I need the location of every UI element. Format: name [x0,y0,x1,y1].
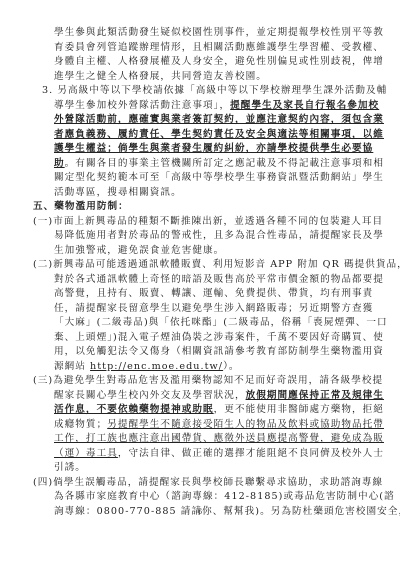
text-line: (三)為避免學生對毒品危害及濫用藥物認知不足而好奇誤用，請各級學校提 [33,375,372,387]
text-line: 「大麻」(二級毒品)與「依托咪酯」(二級毒品，俗稱「喪屍煙彈、一口 [54,317,372,329]
text-line: 為各縣市家庭教育中心（諮詢專線：412-8185)或毒品危害防制中心(諮 [54,491,372,503]
text-line: 身體自主權、人格發展權及人身安全，避免性別偏見或性別歧視，俾增 [54,56,372,68]
text-segment: 棄、上頭煙」)混入電子煙油偽裝之涉毒案件，千萬不要因好奇購買、使 [54,332,384,343]
text-segment: 工作，打工族也應注意出國帶貨、應徵外送員應提高警覺，避免成為販 [54,433,384,444]
resource-link[interactable]: http://enc.moe.edu.tw/ [90,361,223,372]
document-page: 學生參與此類活動發生疑似校園性別事件，並定期提報學校性別平等教育委員會列管追蹤辦… [0,0,400,566]
text-line: 外營隊活動前，應確實與業者簽訂契約，並應注意契約內容，須包含業 [54,114,372,126]
text-segment: 助 [54,158,65,169]
text-segment: 易降低施用者對於毒品的警戒性，且多為混合性毒品，請提醒家長及學 [54,230,384,241]
text-line: (四)倘學生誤觸毒品，請提醒家長與學校師長聯繫尋求協助，求助諮詢專線 [33,477,372,489]
text-segment: (三)為避免學生對毒品危害及濫用藥物認知不足而好奇誤用，請各級學校提 [33,375,383,386]
text-line: 育委員會列管追蹤辦理情形，且相關活動應維護學生學習權、受教權、 [54,42,372,54]
text-line: (二)新興毒品可能透過通訊軟體販賣、利用短影音 APP 附加 QR 碼提供貨品， [33,259,372,271]
text-segment: 「大麻」(二級毒品)與「依托咪酯」(二級毒品，俗稱「喪屍煙彈、一口 [54,317,388,328]
text-segment: ，守法自律、做正確的選擇才能阻絕不良同儕及校外人士 [118,448,384,459]
text-segment: 學生參與此類活動發生疑似校園性別事件，並定期提報學校性別平等教 [54,27,384,38]
text-segment: 為各縣市家庭教育中心（諮詢專線：412-8185)或毒品危害防制中心(諮 [54,491,395,502]
text-line: 者應負義務、履約責任、學生契約責任及安全與適法等相關事項，以維 [54,129,372,141]
text-line: 五、藥物濫用防制： [33,201,372,213]
text-segment: 任，請提醒家長留意學生以避免學生涉入網路販毒；另近期警方查獲 [54,303,373,314]
text-line: 導學生參加校外營隊活動注意事項」，提醒學生及家長自行報名參加校 [54,100,372,112]
text-segment: (四)倘學生誤觸毒品，請提醒家長與學校師長聯繫尋求協助，求助諮詢專線 [33,477,383,488]
text-segment: 高警覺，且持有、販賣、轉讓、運輸、免費提供、帶貨，均有刑事責 [54,288,373,299]
text-segment: 引誘。 [54,462,86,473]
text-line: 關定型化契約範本可至「高級中等學校學生事務資訊暨活動網站」學生 [54,172,372,184]
text-line: 高警覺，且持有、販賣、轉讓、運輸、免費提供、帶貨，均有刑事責 [54,288,372,300]
text-segment: 關定型化契約範本可至「高級中等學校學生事務資訊暨活動網站」學生 [54,172,384,183]
text-line: 活作息，不要依賴藥物提神或助眠，更不能使用非醫師處方藥物，拒絕 [54,404,372,416]
text-segment: (二)新興毒品可能透過通訊軟體販賣、利用短影音 APP 附加 QR 碼提供貨品， [33,259,400,270]
text-segment: 成癮物質； [54,419,107,430]
text-line: 成癮物質；另提醒學生不隨意接受陌生人的物品及飲料或協助物品托帶 [54,419,372,431]
text-segment: 身體自主權、人格發展權及人身安全，避免性別偏見或性別歧視，俾增 [54,56,384,67]
text-segment: 源網站 [54,361,90,372]
text-line: 任，請提醒家長留意學生以避免學生涉入網路販毒；另近期警方查獲 [54,303,372,315]
text-segment: 者應負義務、履約責任、學生契約責任及安全與適法等相關事項，以維 [54,129,384,140]
text-segment: ）。 [223,361,240,372]
text-line: 工作，打工族也應注意出國帶貨、應徵外送員應提高警覺，避免成為販 [54,433,372,445]
text-segment: 。有關各目的事業主管機關所訂定之應記載及不得記載注意事項和相 [65,158,384,169]
text-segment: 五、藥物濫用防制： [33,201,129,212]
text-segment: 進學生之健全人格發展，共同營造友善校園。 [54,71,267,82]
text-line: 用，以免觸犯法令又傷身（相關資訊請參考教育部防制學生藥物濫用資 [54,346,372,358]
text-line: 護學生權益；倘學生與業者發生履約糾紛，亦請學校提供學生必要協 [54,143,372,155]
text-segment: 活作息，不要依賴藥物提神或助眠 [54,404,214,415]
text-segment: 外營隊活動前，應確實與業者簽訂契約，並應注意契約內容，須包含業 [54,114,384,125]
text-segment: 活動專區，搜尋相關資訊。 [54,187,182,198]
text-segment: 對於各式通訊軟體上奇怪的暗語及販售高於平常市價金額的物品都要提 [54,274,384,285]
text-segment: 醒家長關心學生校內外交友及學習狀況， [54,390,246,401]
text-line: (一)市面上新興毒品的種類不斷推陳出新，並透過各種不同的包裝避人耳目 [33,216,372,228]
text-segment: 導學生參加校外營隊活動注意事項」， [54,100,230,111]
text-line: 助。有關各目的事業主管機關所訂定之應記載及不得記載注意事項和相 [54,158,372,170]
text-segment: 放假期間應保持正常及規律生 [246,390,384,401]
text-line: 引誘。 [54,462,372,474]
text-line: 易降低施用者對於毒品的警戒性，且多為混合性毒品，請提醒家長及學 [54,230,372,242]
text-segment: 3. 另高級中等以下學校請依據「高級中等以下學校辦理學生課外活動及輔 [42,85,387,96]
text-line: 學生參與此類活動發生疑似校園性別事件，並定期提報學校性別平等教 [54,27,372,39]
text-line: 生加強警戒，避免誤食並危害健康。 [54,245,372,257]
text-segment: 另提醒學生不隨意接受陌生人的物品及飲料或協助物品托帶 [107,419,384,430]
text-line: 源網站 http://enc.moe.edu.tw/）。 [54,361,372,373]
text-segment: ，更不能使用非醫師處方藥物，拒絕 [214,404,384,415]
text-line: 進學生之健全人格發展，共同營造友善校園。 [54,71,372,83]
text-line: （運）毒工具，守法自律、做正確的選擇才能阻絕不良同儕及校外人士 [54,448,372,460]
text-segment: 用，以免觸犯法令又傷身（相關資訊請參考教育部防制學生藥物濫用資 [54,346,384,357]
text-line: 棄、上頭煙」)混入電子煙油偽裝之涉毒案件，千萬不要因好奇購買、使 [54,332,372,344]
text-segment: 提醒學生及家長自行報名參加校 [230,100,379,111]
text-line: 3. 另高級中等以下學校請依據「高級中等以下學校辦理學生課外活動及輔 [42,85,372,97]
text-segment: （運）毒工具 [54,448,118,459]
text-line: 對於各式通訊軟體上奇怪的暗語及販售高於平常市價金額的物品都要提 [54,274,372,286]
text-segment: 育委員會列管追蹤辦理情形，且相關活動應維護學生學習權、受教權、 [54,42,384,53]
text-segment: 生加強警戒，避免誤食並危害健康。 [54,245,224,256]
text-segment: (一)市面上新興毒品的種類不斷推陳出新，並透過各種不同的包裝避人耳目 [33,216,383,227]
text-line: 活動專區，搜尋相關資訊。 [54,187,372,199]
text-segment: 護學生權益；倘學生與業者發生履約糾紛，亦請學校提供學生必要協 [54,143,373,154]
page-number: 6 [0,508,400,516]
text-line: 醒家長關心學生校內外交友及學習狀況，放假期間應保持正常及規律生 [54,390,372,402]
